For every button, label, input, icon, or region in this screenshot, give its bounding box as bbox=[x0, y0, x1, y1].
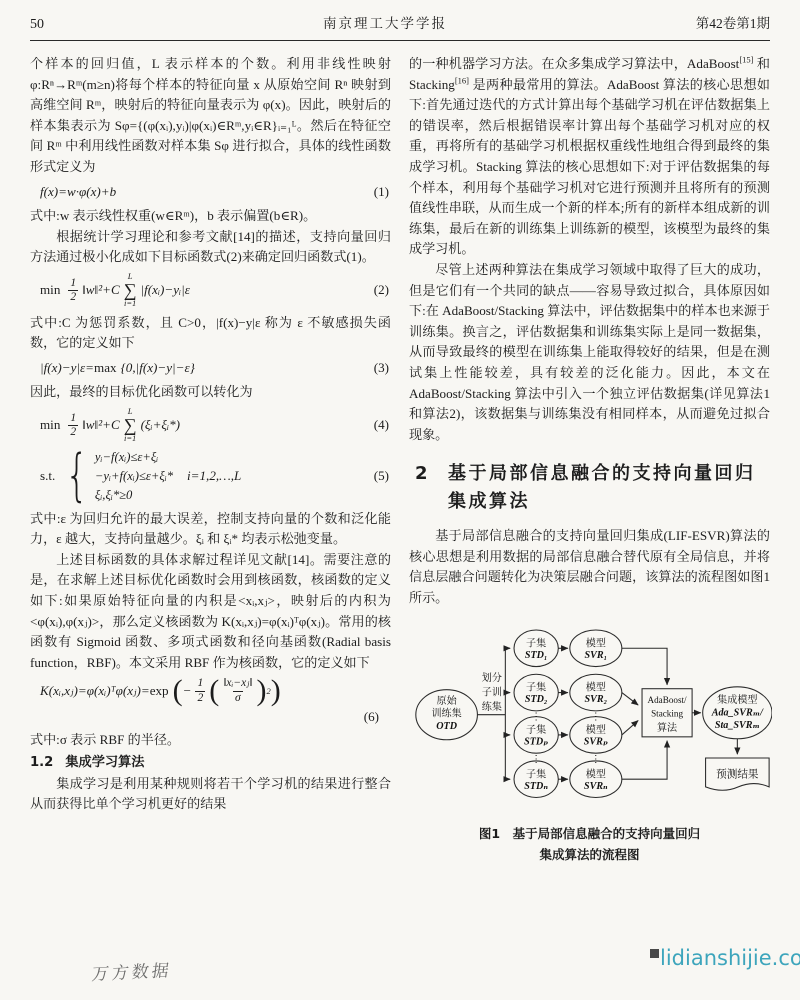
paragraph-overfitting: 尽管上述两种算法在集成学习领域中取得了巨大的成功，但是它们有一个共同的缺点——容… bbox=[409, 260, 770, 445]
algo-label-3: 算法 bbox=[657, 721, 678, 734]
equation-2-tail: |f(xᵢ)−yᵢ|ε bbox=[141, 280, 190, 301]
equation-4-mid: ‖w‖²+C bbox=[82, 415, 120, 436]
equation-5: s.t. { yᵢ−f(xᵢ)≤ε+ξᵢ −yᵢ+f(xᵢ)≤ε+ξᵢ* ξᵢ,… bbox=[40, 448, 391, 505]
wanfang-watermark: 万方数据 bbox=[91, 956, 174, 985]
paper-page: 50 南京理工大学学报 第42卷第1期 个样本的回归值，L 表示样本的个数。利用… bbox=[0, 0, 800, 865]
model-2-label: 模型 bbox=[586, 680, 606, 693]
algo-label-1: AdaBoost/ bbox=[648, 695, 688, 705]
exp-operator: exp bbox=[150, 681, 169, 702]
equation-2: min 12 ‖w‖²+C L∑i=1 |f(xᵢ)−yᵢ|ε (2) bbox=[40, 272, 391, 309]
min-operator: min bbox=[40, 415, 60, 436]
model-p-name: SVRₚ bbox=[584, 736, 608, 747]
equation-4-number: (4) bbox=[374, 415, 391, 436]
cases-brace: { bbox=[66, 452, 89, 500]
two-column-body: 个样本的回归值，L 表示样本的个数。利用非线性映射 φ:Rⁿ→Rᵐ(m≥n)将每… bbox=[30, 54, 770, 865]
max-operator: max bbox=[94, 358, 117, 379]
summation: L∑i=1 bbox=[124, 272, 137, 309]
fraction-half: 12 bbox=[68, 412, 78, 439]
subset-2-name: STD₂ bbox=[525, 694, 548, 705]
flowchart-diagram: 原始 训练集 OTD 划分 子训 练集 子集 STD₁ 子集 STD₂ 子集 S… bbox=[411, 625, 772, 815]
otd-label-3: OTD bbox=[436, 721, 457, 732]
index-range: i=1,2,…,L bbox=[187, 466, 241, 487]
equation-3: |f(x)−y|ε= max {0,|f(x)−y|−ε} (3) bbox=[40, 358, 391, 379]
section-heading-2: 2 基于局部信息融合的支持向量回归集成算法 bbox=[415, 460, 770, 516]
split-label-2: 子训 bbox=[482, 685, 502, 698]
paragraph-epsilon-note: 式中:ε 为回归允许的最大误差，控制支持向量的个数和泛化能力，ε 越大，支持向量… bbox=[30, 509, 391, 550]
model-1-name: SVR₁ bbox=[585, 650, 608, 661]
fraction-half: 12 bbox=[195, 677, 205, 704]
min-operator: min bbox=[40, 280, 60, 301]
paragraph-weights-note: 式中:w 表示线性权重(w∈Rᵐ)，b 表示偏置(b∈R)。 bbox=[30, 206, 391, 227]
site-watermark: lidianshijie.com bbox=[650, 946, 800, 970]
ensemble-label-1: 集成模型 bbox=[717, 693, 757, 706]
subsection-heading-1-2: 1.2集成学习算法 bbox=[30, 753, 391, 774]
volume-issue: 第42卷第1期 bbox=[630, 12, 770, 32]
equation-5-number: (5) bbox=[374, 466, 391, 487]
paragraph-svr-mapping: 个样本的回归值，L 表示样本的个数。利用非线性映射 φ:Rⁿ→Rᵐ(m≥n)将每… bbox=[30, 54, 391, 178]
equation-4-tail: (ξᵢ+ξᵢ*) bbox=[141, 415, 180, 436]
subset-p-label: 子集 bbox=[526, 723, 546, 736]
model-n-name: SVRₙ bbox=[584, 780, 608, 791]
result-label: 预测结果 bbox=[716, 767, 759, 780]
subsection-number: 1.2 bbox=[30, 755, 53, 770]
algo-label-2: Stacking bbox=[651, 708, 683, 718]
paragraph-kernel: 上述目标函数的具体求解过程详见文献[14]。需要注意的是，在求解上述目标优化函数… bbox=[30, 550, 391, 674]
split-label-3: 练集 bbox=[482, 700, 502, 713]
page-number: 50 bbox=[30, 17, 140, 33]
vertical-dots: ⋮ bbox=[531, 711, 541, 722]
equation-1-number: (1) bbox=[374, 182, 391, 203]
paragraph-statistical-theory: 根据统计学习理论和参考文献[14]的描述，支持向量回归方法通过极小化成如下目标函… bbox=[30, 227, 391, 268]
subset-n-name: STDₙ bbox=[524, 780, 548, 791]
equation-2-mid: ‖w‖²+C bbox=[82, 280, 120, 301]
model-n-label: 模型 bbox=[586, 767, 606, 780]
figure-caption: 图1 基于局部信息融合的支持向量回归 集成算法的流程图 bbox=[409, 823, 770, 865]
equation-1-body: f(x)=w·φ(x)+b bbox=[40, 182, 116, 203]
equation-3-number: (3) bbox=[374, 358, 391, 379]
vertical-dots: ⋮ bbox=[591, 711, 601, 722]
subset-2-label: 子集 bbox=[526, 680, 546, 693]
paragraph-adaboost-stacking: 的一种机器学习方法。在众多集成学习算法中，AdaBoost[15] 和 Stac… bbox=[409, 54, 770, 260]
left-column: 个样本的回归值，L 表示样本的个数。利用非线性映射 φ:Rⁿ→Rᵐ(m≥n)将每… bbox=[30, 54, 391, 865]
subset-1-label: 子集 bbox=[526, 636, 546, 649]
citation-15: [15] bbox=[739, 55, 753, 65]
subset-1-name: STD₁ bbox=[525, 650, 548, 661]
model-1-label: 模型 bbox=[586, 636, 606, 649]
figure-1: 原始 训练集 OTD 划分 子训 练集 子集 STD₁ 子集 STD₂ 子集 S… bbox=[409, 625, 770, 865]
otd-label-1: 原始 bbox=[437, 694, 458, 707]
page-header: 50 南京理工大学学报 第42卷第1期 bbox=[30, 12, 770, 41]
equation-6-number: (6) bbox=[30, 707, 391, 728]
equation-1: f(x)=w·φ(x)+b (1) bbox=[40, 182, 391, 203]
paragraph-transform: 因此，最终的目标优化函数可以转化为 bbox=[30, 382, 391, 403]
otd-label-2: 训练集 bbox=[431, 706, 461, 719]
ensemble-label-2: Ada_SVRₘ/ bbox=[711, 707, 764, 718]
subsection-title: 集成学习算法 bbox=[65, 755, 144, 770]
vertical-dots: ⋮ bbox=[591, 754, 601, 765]
paragraph-penalty: 式中:C 为惩罚系数，且 C>0，|f(x)−y|ε 称为 ε 不敏感损失函数，… bbox=[30, 313, 391, 354]
ensemble-label-3: Sta_SVRₘ bbox=[715, 720, 760, 731]
equation-2-number: (2) bbox=[374, 280, 391, 301]
subset-p-name: STDₚ bbox=[524, 736, 548, 747]
constraint-cases: yᵢ−f(xᵢ)≤ε+ξᵢ −yᵢ+f(xᵢ)≤ε+ξᵢ* ξᵢ,ξᵢ*≥0 bbox=[95, 448, 173, 505]
summation: L∑i=1 bbox=[124, 407, 137, 444]
section-title: 基于局部信息融合的支持向量回归集成算法 bbox=[448, 460, 764, 516]
sigma-symbol: ∑ bbox=[124, 281, 137, 299]
subject-to-label: s.t. bbox=[40, 466, 55, 487]
site-watermark-text: lidianshijie.com bbox=[660, 946, 800, 970]
equation-6: K(xᵢ,xⱼ)=φ(xᵢ)ᵀφ(xⱼ)= exp ( − 12 ( ‖xᵢ−x… bbox=[40, 677, 391, 704]
vertical-dots: ⋮ bbox=[531, 754, 541, 765]
figure-caption-line-2: 集成算法的流程图 bbox=[409, 844, 770, 865]
split-label-1: 划分 bbox=[482, 671, 502, 684]
paragraph-lif-esvr: 基于局部信息融合的支持向量回归集成(LIF-ESVR)算法的核心思想是利用数据的… bbox=[409, 526, 770, 608]
right-column: 的一种机器学习方法。在众多集成学习算法中，AdaBoost[15] 和 Stac… bbox=[409, 54, 770, 865]
figure-caption-line-1: 图1 基于局部信息融合的支持向量回归 bbox=[409, 823, 770, 844]
paragraph-ensemble-intro: 集成学习是利用某种规则将若干个学习机的结果进行整合从而获得比单个学习机更好的结果 bbox=[30, 774, 391, 815]
fraction-half: 12 bbox=[68, 277, 78, 304]
citation-16: [16] bbox=[455, 75, 469, 85]
sigma-symbol: ∑ bbox=[124, 416, 137, 434]
watermark-logo-icon bbox=[650, 949, 659, 958]
journal-title: 南京理工大学学报 bbox=[140, 12, 630, 32]
section-number: 2 bbox=[415, 460, 430, 516]
model-p-label: 模型 bbox=[586, 723, 606, 736]
equation-4: min 12 ‖w‖²+C L∑i=1 (ξᵢ+ξᵢ*) (4) bbox=[40, 407, 391, 444]
paragraph-sigma-note: 式中:σ 表示 RBF 的半径。 bbox=[30, 730, 391, 751]
fraction-norm-sigma: ‖xᵢ−xⱼ‖σ bbox=[223, 677, 252, 704]
subset-n-label: 子集 bbox=[526, 767, 546, 780]
model-2-name: SVR₂ bbox=[585, 694, 608, 705]
